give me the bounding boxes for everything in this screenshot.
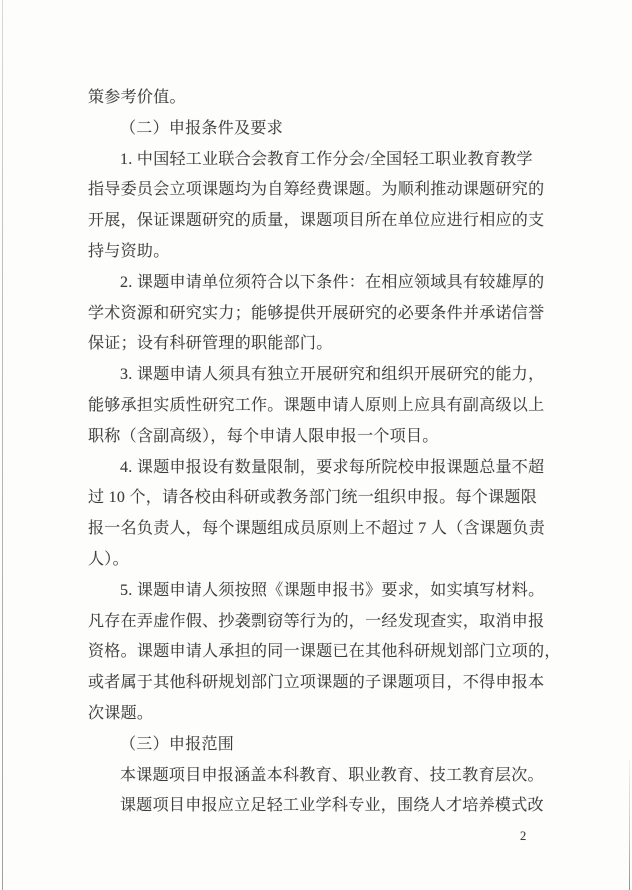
text-line: 保证；设有科研管理的职能部门。 <box>88 329 558 360</box>
text-line: 开展，保证课题研究的质量，课题项目所在单位应进行相应的支 <box>88 206 558 237</box>
text-line: 人）。 <box>88 545 558 576</box>
text-line: 职称（含副高级），每个申请人限申报一个项目。 <box>88 422 558 453</box>
scan-edge-left-line <box>2 0 3 890</box>
section-heading-2: （二）申报条件及要求 <box>88 114 558 145</box>
text-line: 5. 课题申请人须按照《课题申报书》要求，如实填写材料。 <box>88 576 558 607</box>
text-line: 报一名负责人，每个课题组成员原则上不超过 7 人（含课题负责 <box>88 514 558 545</box>
text-line: 或者属于其他科研规划部门立项课题的子课题项目，不得申报本 <box>88 668 558 699</box>
text-line: 策参考价值。 <box>88 83 558 114</box>
page-number: 2 <box>520 829 526 844</box>
document-page: 策参考价值。 （二）申报条件及要求 1. 中国轻工业联合会教育工作分会/全国轻工… <box>0 0 632 890</box>
text-line: 2. 课题申请单位须符合以下条件：在相应领域具有较雄厚的 <box>88 268 558 299</box>
text-line: 过 10 个，请各校由科研或教务部门统一组织申报。每个课题限 <box>88 483 558 514</box>
text-line: 持与资助。 <box>88 237 558 268</box>
section-heading-3: （三）申报范围 <box>88 730 558 761</box>
text-line: 学术资源和研究实力；能够提供开展研究的必要条件并承诺信誉 <box>88 299 558 330</box>
text-line: 凡存在弄虚作假、抄袭剽窃等行为的，一经发现查实，取消申报 <box>88 607 558 638</box>
text-line: 3. 课题申请人须具有独立开展研究和组织开展研究的能力， <box>88 360 558 391</box>
scan-edge-right-line <box>629 760 630 890</box>
text-line: 指导委员会立项课题均为自筹经费课题。为顺利推动课题研究的 <box>88 175 558 206</box>
text-line: 1. 中国轻工业联合会教育工作分会/全国轻工职业教育教学 <box>88 145 558 176</box>
text-line: 4. 课题申报设有数量限制，要求每所院校申报课题总量不超 <box>88 453 558 484</box>
text-line: 次课题。 <box>88 699 558 730</box>
text-line: 资格。课题申请人承担的同一课题已在其他科研规划部门立项的， <box>88 637 558 668</box>
text-line: 本课题项目申报涵盖本科教育、职业教育、技工教育层次。 <box>88 761 558 792</box>
text-line: 课题项目申报应立足轻工业学科专业，围绕人才培养模式改 <box>88 791 558 822</box>
document-body: 策参考价值。 （二）申报条件及要求 1. 中国轻工业联合会教育工作分会/全国轻工… <box>88 83 558 822</box>
text-line: 能够承担实质性研究工作。课题申请人原则上应具有副高级以上 <box>88 391 558 422</box>
